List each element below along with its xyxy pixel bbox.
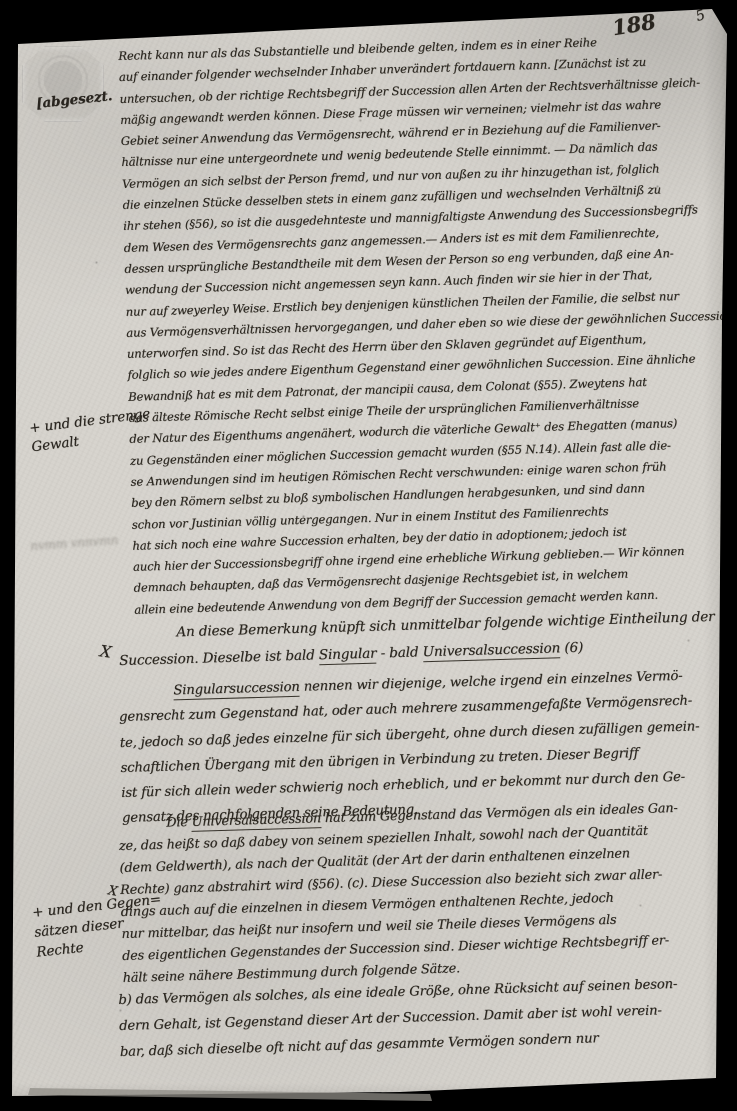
bottom-paragraph: b) das Vermögen als solches, als eine id… [118, 971, 720, 1066]
main-text-block: Recht kann nur als das Substantielle und… [118, 29, 737, 621]
scanned-manuscript-page: [abgesezt. 188 5 + und die strenge Gewal… [0, 0, 737, 1111]
manuscript-paper: [abgesezt. 188 5 + und die strenge Gewal… [0, 0, 737, 1111]
universalsuccession-paragraph: Die Universalsuccession hat zum Gegensta… [118, 797, 727, 990]
paper-specks [0, 0, 1, 1]
margin-cross-mark-1: X [99, 641, 113, 661]
embossed-stamp [22, 46, 104, 122]
faint-pencil-note: nvmm vnnvmn [30, 533, 119, 553]
corner-archive-mark: 5 [694, 7, 707, 25]
